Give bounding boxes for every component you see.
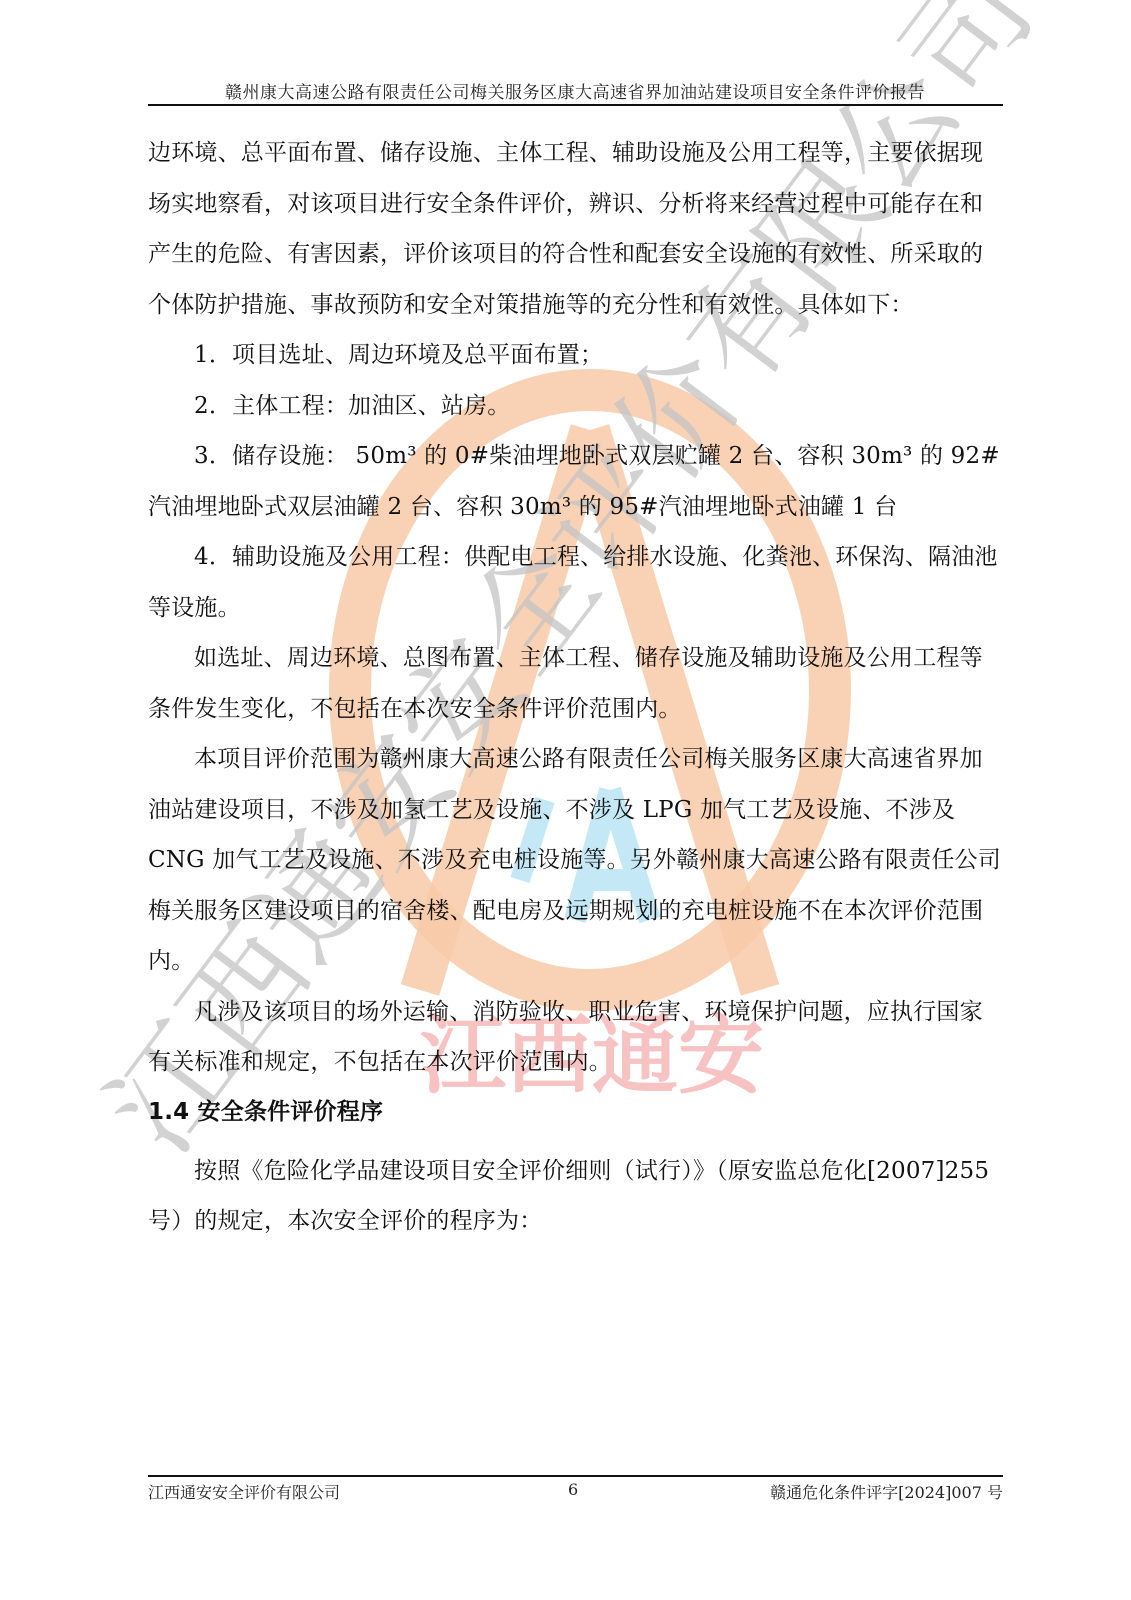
header-divider — [148, 104, 1003, 106]
list-item-4: 4．辅助设施及公用工程：供配电工程、给排水设施、化粪池、环保沟、隔油池等设施。 — [148, 532, 1003, 633]
list-item-2: 2．主体工程：加油区、站房。 — [148, 381, 1003, 432]
paragraph-scope-change: 如选址、周边环境、总图布置、主体工程、储存设施及辅助设施及公用工程等条件发生变化… — [148, 633, 1003, 734]
document-body: 边环境、总平面布置、储存设施、主体工程、辅助设施及公用工程等，主要依据现场实地察… — [148, 128, 1003, 1247]
footer-divider — [148, 1475, 1003, 1477]
section-heading: 1.4 安全条件评价程序 — [148, 1090, 1003, 1134]
footer-company: 江西通安安全评价有限公司 — [148, 1480, 340, 1503]
paragraph-scope-exclusion: 凡涉及该项目的场外运输、消防验收、职业危害、环境保护问题，应执行国家有关标准和规… — [148, 987, 1003, 1088]
list-item-1: 1．项目选址、周边环境及总平面布置； — [148, 330, 1003, 381]
document-page: 江西通安 江西通安安全评价有限公司 赣州康大高速公路有限责任公司梅关服务区康大高… — [0, 0, 1131, 1600]
footer-doc-number: 赣通危化条件评字[2024]007 号 — [770, 1480, 1003, 1503]
page-header-title: 赣州康大高速公路有限责任公司梅关服务区康大高速省界加油站建设项目安全条件评价报告 — [148, 78, 1002, 103]
paragraph-scope-intro: 边环境、总平面布置、储存设施、主体工程、辅助设施及公用工程等，主要依据现场实地察… — [148, 128, 1003, 330]
paragraph-scope-definition: 本项目评价范围为赣州康大高速公路有限责任公司梅关服务区康大高速省界加油站建设项目… — [148, 734, 1003, 987]
page-number: 6 — [568, 1480, 578, 1499]
paragraph-procedure: 按照《危险化学品建设项目安全评价细则（试行）》（原安监总危化[2007]255 … — [148, 1146, 1003, 1247]
list-item-3: 3．储存设施： 50m³ 的 0#柴油埋地卧式双层贮罐 2 台、容积 30m³ … — [148, 431, 1003, 532]
